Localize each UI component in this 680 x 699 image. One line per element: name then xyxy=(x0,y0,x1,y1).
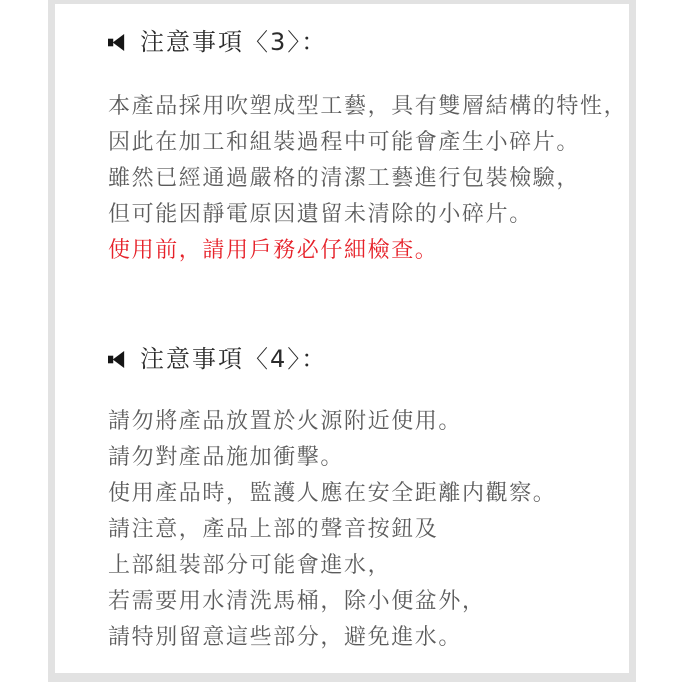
notice-line: 若需要用水清洗馬桶，除小便盆外， xyxy=(108,584,613,620)
notice-line: 因此在加工和組裝過程中可能會產生小碎片。 xyxy=(108,125,613,161)
speaker-icon xyxy=(108,350,127,369)
notice-line: 但可能因靜電原因遺留未清除的小碎片。 xyxy=(108,197,613,233)
section-4-heading: 注意事項〈4〉： xyxy=(108,343,613,375)
speaker-icon xyxy=(108,33,127,52)
section-3-body: 本產品採用吹塑成型工藝，具有雙層結構的特性， 因此在加工和組裝過程中可能會產生小… xyxy=(108,89,613,269)
notice-card: 注意事項〈3〉： 本產品採用吹塑成型工藝，具有雙層結構的特性， 因此在加工和組裝… xyxy=(48,0,636,682)
section-4-title: 注意事項〈4〉： xyxy=(140,343,327,375)
notice-line: 請特別留意這些部分，避免進水。 xyxy=(108,620,613,656)
notice-line: 雖然已經通過嚴格的清潔工藝進行包裝檢驗， xyxy=(108,161,613,197)
section-3-title: 注意事項〈3〉： xyxy=(140,26,327,58)
notice-line: 本產品採用吹塑成型工藝，具有雙層結構的特性， xyxy=(108,89,613,125)
notice-line: 上部組裝部分可能會進水， xyxy=(108,548,613,584)
notice-line: 請勿將產品放置於火源附近使用。 xyxy=(108,404,613,440)
notice-line-warning: 使用前，請用戶務必仔細檢查。 xyxy=(108,233,613,269)
section-4-body: 請勿將產品放置於火源附近使用。 請勿對產品施加衝擊。 使用產品時，監護人應在安全… xyxy=(108,404,613,656)
notice-line: 請注意，產品上部的聲音按鈕及 xyxy=(108,512,613,548)
section-3-heading: 注意事項〈3〉： xyxy=(108,26,613,58)
notice-line: 請勿對產品施加衝擊。 xyxy=(108,440,613,476)
notice-line: 使用產品時，監護人應在安全距離内觀察。 xyxy=(108,476,613,512)
